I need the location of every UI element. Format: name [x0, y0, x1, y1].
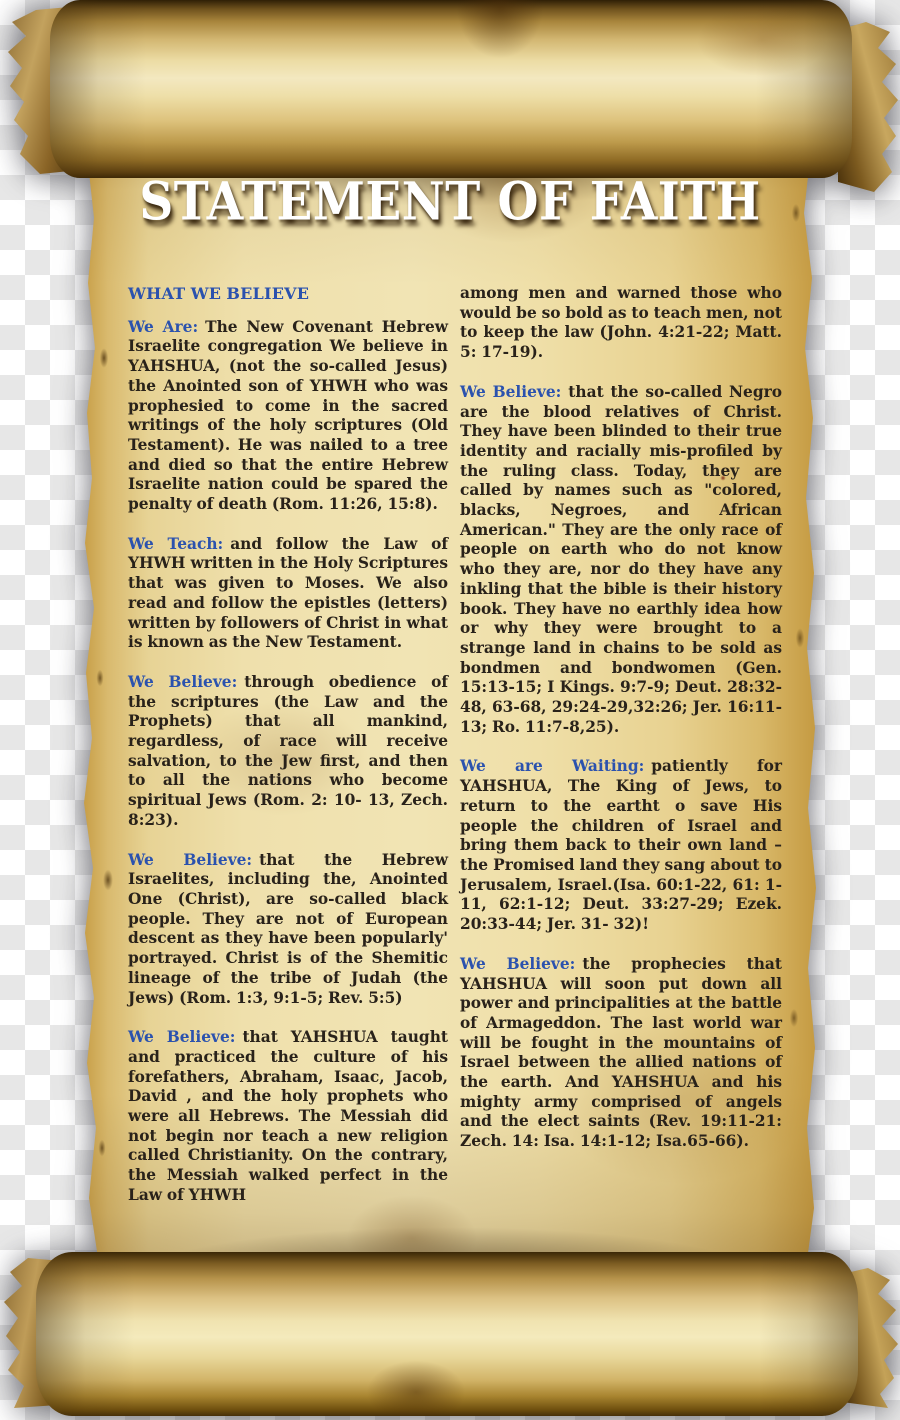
paragraph-label: We Believe:: [128, 1028, 235, 1046]
text-columns: WHAT WE BELIEVE We Are:The New Covenant …: [128, 284, 782, 1226]
paragraph-label: We are Waiting:: [460, 757, 644, 775]
statement-title: STATEMENT OF FAITH: [0, 176, 900, 229]
paragraph-label: We Teach:: [128, 535, 223, 553]
paragraph-text: that the Hebrew Israelites, including th…: [128, 851, 448, 1007]
paragraph-label: We Believe:: [128, 851, 252, 869]
paragraph-text: patiently for YAHSHUA, The King of Jews,…: [460, 757, 782, 933]
document-content: STATEMENT OF FAITH WHAT WE BELIEVE We Ar…: [0, 0, 900, 1420]
belief-paragraph-we-teach: We Teach:and follow the Law of YHWH writ…: [128, 535, 448, 653]
belief-paragraph-we-are: We Are:The New Covenant Hebrew Israelite…: [128, 318, 448, 515]
paragraph-text: among men and warned those who would be …: [460, 284, 782, 361]
belief-paragraph-continuation: among men and warned those who would be …: [460, 284, 782, 363]
paragraph-label: We Believe:: [128, 673, 237, 691]
column-right: among men and warned those who would be …: [460, 284, 782, 1226]
column-left: WHAT WE BELIEVE We Are:The New Covenant …: [128, 284, 448, 1226]
belief-paragraph-prophecies: We Believe:the prophecies that YAHSHUA w…: [460, 955, 782, 1152]
paragraph-text: that the so-called Negro are the blood r…: [460, 383, 782, 736]
paragraph-text: that YAHSHUA taught and practiced the cu…: [128, 1028, 448, 1204]
transparency-checkerboard: STATEMENT OF FAITH WHAT WE BELIEVE We Ar…: [0, 0, 900, 1420]
belief-paragraph-hebrew-israelites: We Believe:that the Hebrew Israelites, i…: [128, 851, 448, 1009]
belief-paragraph-waiting: We are Waiting:patiently for YAHSHUA, Th…: [460, 757, 782, 934]
paragraph-label: We Believe:: [460, 955, 575, 973]
paragraph-text: through obedience of the scriptures (the…: [128, 673, 448, 829]
paragraph-text: The New Covenant Hebrew Israelite congre…: [128, 318, 448, 513]
section-heading-what-we-believe: WHAT WE BELIEVE: [128, 284, 448, 304]
belief-paragraph-negro: We Believe:that the so-called Negro are …: [460, 383, 782, 738]
belief-paragraph-yahshua-taught: We Believe:that YAHSHUA taught and pract…: [128, 1028, 448, 1205]
paragraph-text: the prophecies that YAHSHUA will soon pu…: [460, 955, 782, 1150]
paragraph-label: We Believe:: [460, 383, 561, 401]
belief-paragraph-obedience: We Believe:through obedience of the scri…: [128, 673, 448, 831]
paragraph-label: We Are:: [128, 318, 198, 336]
